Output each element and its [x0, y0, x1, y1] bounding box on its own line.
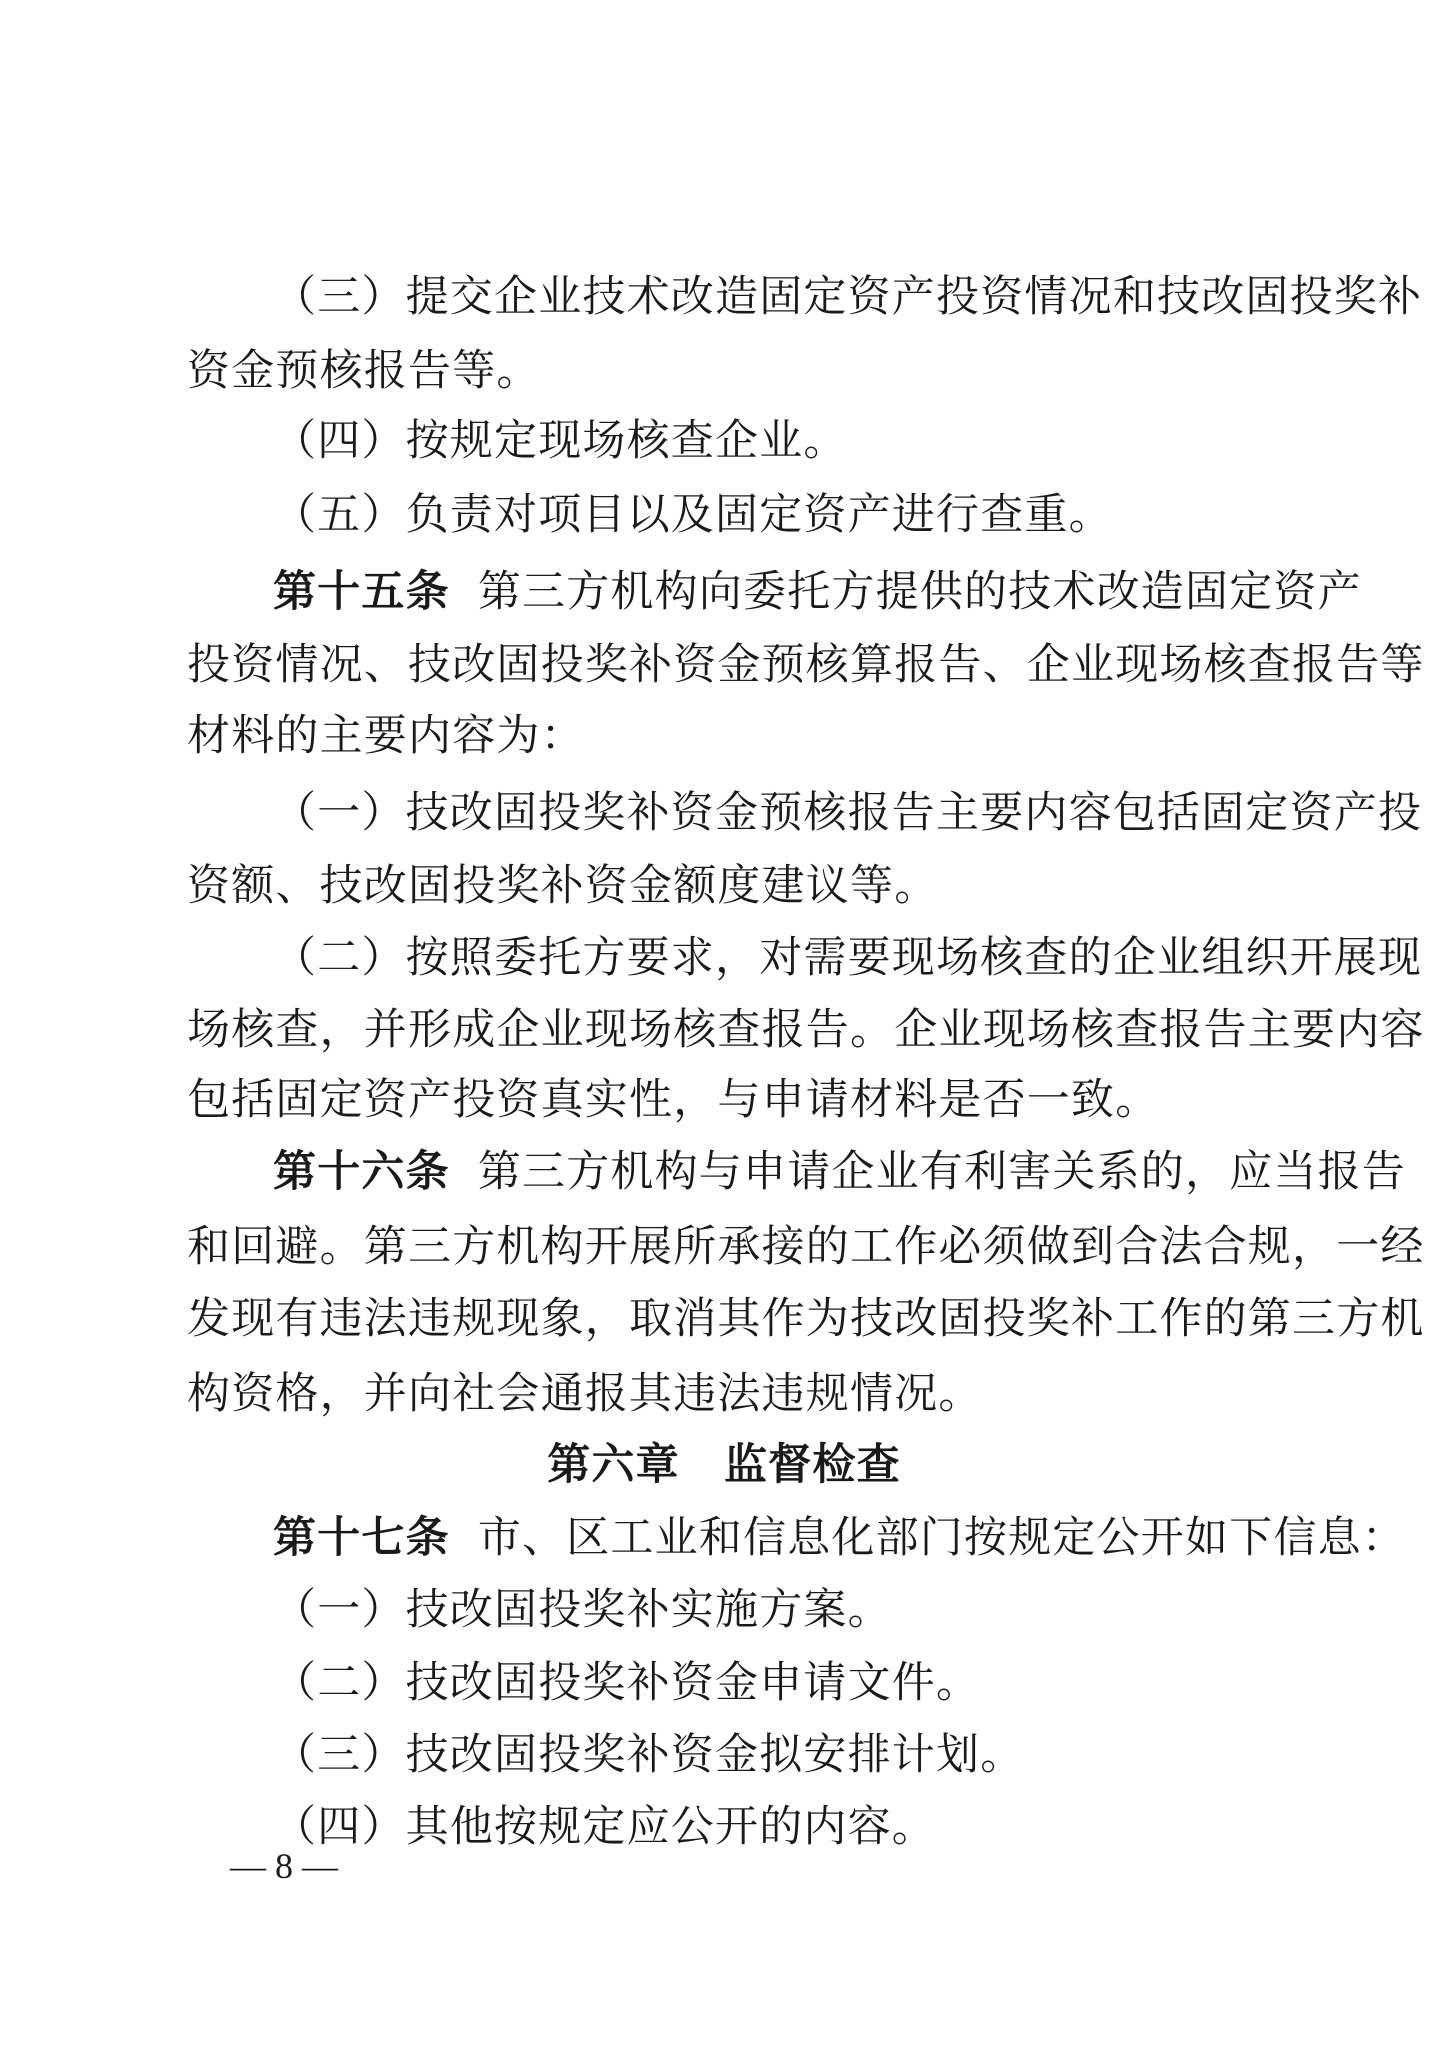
paragraph-line: 包括固定资产投资真实性，与申请材料是否一致。	[187, 1074, 1267, 1126]
article-16: 第十六条第三方机构与申请企业有利害关系的，应当报告	[273, 1146, 1273, 1198]
article-15: 第十五条第三方机构向委托方提供的技术改造固定资产	[273, 566, 1273, 618]
article-label: 第十五条	[273, 567, 450, 617]
list-item-5: （五）负责对项目以及固定资产进行查重。	[273, 489, 1273, 541]
list-item-1: （一）技改固投奖补资金预核报告主要内容包括固定资产投	[273, 787, 1273, 839]
list-item-4: （四）其他按规定应公开的内容。	[273, 1801, 1273, 1853]
paragraph-line: 投资情况、技改固投奖补资金预核算报告、企业现场核查报告等	[187, 639, 1267, 691]
chapter-heading: 第六章 监督检查	[0, 1439, 1448, 1491]
article-text: 第三方机构向委托方提供的技术改造固定资产	[478, 567, 1362, 617]
list-item-4: （四）按规定现场核查企业。	[273, 415, 1273, 467]
list-item-2: （二）技改固投奖补资金申请文件。	[273, 1657, 1273, 1709]
paragraph-line: 材料的主要内容为：	[187, 710, 1267, 762]
paragraph-line: 发现有违法违规现象，取消其作为技改固投奖补工作的第三方机	[187, 1293, 1267, 1345]
list-item-3: （三）提交企业技术改造固定资产投资情况和技改固投奖补	[273, 271, 1273, 323]
paragraph-line: 和回避。第三方机构开展所承接的工作必须做到合法合规，一经	[187, 1221, 1267, 1273]
paragraph-continuation: 资金预核报告等。	[187, 345, 1267, 397]
article-text: 市、区工业和信息化部门按规定公开如下信息：	[478, 1513, 1406, 1563]
list-item-2: （二）按照委托方要求，对需要现场核查的企业组织开展现	[273, 932, 1273, 984]
article-text: 第三方机构与申请企业有利害关系的，应当报告	[478, 1147, 1406, 1197]
page-number: — 8 —	[230, 1846, 338, 1886]
article-17: 第十七条市、区工业和信息化部门按规定公开如下信息：	[273, 1512, 1273, 1564]
article-label: 第十七条	[273, 1513, 450, 1563]
list-item-1: （一）技改固投奖补实施方案。	[273, 1584, 1273, 1636]
paragraph-line: 场核查，并形成企业现场核查报告。企业现场核查报告主要内容	[187, 1004, 1267, 1056]
paragraph-line: 资额、技改固投奖补资金额度建议等。	[187, 860, 1267, 912]
paragraph-line: 构资格，并向社会通报其违法违规情况。	[187, 1368, 1267, 1420]
list-item-3: （三）技改固投奖补资金拟安排计划。	[273, 1729, 1273, 1781]
article-label: 第十六条	[273, 1147, 450, 1197]
